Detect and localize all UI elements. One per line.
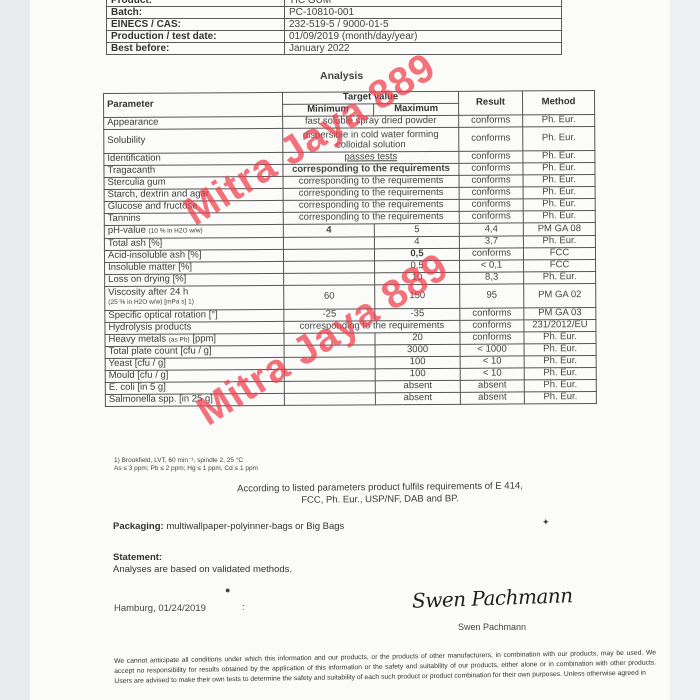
parameter-cell: Tannins [104,212,283,225]
packaging-value: multiwallpaper-polyinner-bags or Big Bag… [166,521,344,532]
parameter-cell: Heavy metals (as Pb) [ppm] [105,333,284,347]
col-header-method: Method [522,90,594,114]
table-row: Solubility dispersible in cold water for… [104,126,595,153]
result-cell: < 1000 [460,344,524,356]
packaging-label: Packaging: [113,521,164,532]
maximum-cell: absent [375,380,460,393]
parameter-cell: Acid-insoluble ash [%] [104,249,283,262]
disclaimer-text: We cannot anticipate all conditions unde… [114,648,656,687]
info-label: EINECS / CAS: [107,19,285,31]
info-label: Best before: [107,43,285,55]
footnote-viscosity: 1) Brookfield, LVT, 60 min⁻¹, spindle 2,… [114,457,258,465]
method-cell: Ph. Eur. [523,162,595,174]
parameter-cell: Sterculia gum [104,176,283,189]
parameter-note: (10 % in H2O w/w) [148,227,202,234]
footnote-heavy-metals: As ≤ 3 ppm; Pb ≤ 2 ppm; Hg ≤ 1 ppm, Cd ≤… [114,465,258,473]
method-cell: PM GA 02 [524,283,596,307]
method-cell: Ph. Eur. [524,391,596,403]
result-cell: 3,7 [459,235,523,247]
result-cell: 4,4 [459,223,523,236]
table-row: Salmonella spp. [in 25 g] absent absent … [105,391,596,406]
conclusion-statement: According to listed parameters product f… [170,480,590,508]
right-margin [670,0,700,700]
parameter-cell: Glucose and fructose [104,200,283,213]
info-row-best-before: Best before: January 2022 [107,43,562,55]
col-header-minimum: Minimum [283,104,374,117]
info-row-einecs-cas: EINECS / CAS: 232-519-5 / 9000-01-5 [107,19,562,31]
parameter-cell: Total ash [%] [104,237,283,250]
result-cell: absent [460,392,524,404]
info-value: January 2022 [285,43,562,55]
maximum-cell: 3000 [375,344,460,357]
method-cell: FCC [523,247,595,259]
parameter-note: (as Pb) [169,336,190,343]
parameter-cell: Specific optical rotation [°] [105,309,284,322]
parameter-cell: Salmonella spp. [in 25 g] [105,393,284,406]
method-cell: FCC [524,259,596,271]
method-cell: Ph. Eur. [523,198,595,210]
minimum-cell [283,248,374,261]
col-header-result: Result [458,91,522,115]
method-cell: 231/2012/EU [524,319,596,331]
result-cell: 95 [460,283,524,307]
signer-name: Swen Pachmann [458,622,526,632]
result-cell: conforms [459,175,523,187]
scan-speck: ✦ [542,517,550,528]
method-cell: Ph. Eur. [523,114,595,126]
method-cell: Ph. Eur. [524,367,596,379]
parameter-cell: pH-value (10 % in H2O w/w) [104,224,283,238]
scan-speck: ● [225,585,230,595]
analysis-title: Analysis [320,70,363,82]
info-value: PC-10810-001 [285,7,562,19]
statement-label: Statement: [113,552,162,563]
result-cell: conforms [460,319,524,331]
maximum-cell: 5 [374,223,459,236]
parameter-unit: [ppm] [192,333,216,344]
place-and-date: Hamburg, 01/24/2019 [114,603,206,614]
maximum-cell: 0,5 [374,248,459,261]
maximum-cell: 100 [375,356,460,369]
method-cell: PM GA 08 [523,222,595,235]
parameter-cell: Yeast [cfu / g] [105,357,284,370]
method-cell: Ph. Eur. [523,126,595,150]
maximum-cell: -35 [375,308,460,321]
statement-text: Analyses are based on validated methods. [113,564,292,575]
minimum-cell [284,260,375,273]
minimum-cell: 4 [283,224,374,237]
result-cell: conforms [460,331,524,344]
signature-handwritten: Swen Pachmann [412,583,573,613]
col-header-maximum: Maximum [374,103,459,116]
maximum-cell: 4 [374,236,459,249]
document-page: Product: TIC GUM Batch: PC-10810-001 EIN… [30,0,670,700]
target-cell: dispersible in cold water forming colloi… [283,127,459,152]
parameter-cell: Solubility [104,128,283,153]
method-cell: Ph. Eur. [524,271,596,283]
result-cell: conforms [459,127,523,151]
maximum-cell: 10 [375,272,460,285]
maximum-cell: 150 [375,284,460,309]
parameter-cell: Mould [cfu / g] [105,369,284,382]
method-cell: Ph. Eur. [524,379,596,391]
minimum-cell: 60 [284,284,375,309]
result-cell: < 0,1 [460,259,524,271]
parameter-cell: Loss on drying [%] [105,273,284,286]
parameter-cell: Identification [104,152,283,165]
minimum-cell [284,369,375,382]
parameter-cell: Total plate count [cfu / g] [105,345,284,358]
col-header-parameter: Parameter [104,92,283,117]
minimum-cell [284,272,375,285]
method-cell: Ph. Eur. [523,186,595,198]
result-cell: conforms [459,187,523,199]
info-value: 232-519-5 / 9000-01-5 [285,19,562,31]
method-cell: Ph. Eur. [524,331,596,344]
maximum-cell: absent [375,392,460,405]
result-cell: conforms [459,199,523,211]
info-row-production-date: Production / test date: 01/09/2019 (mont… [107,31,562,43]
target-cell: fast soluble spray dried powder [283,115,459,128]
parameter-cell: Viscosity after 24 h (25 % in H2O w/w) [… [105,285,284,310]
result-cell: 8,3 [460,271,524,283]
packaging-info: Packaging: multiwallpaper-polyinner-bags… [113,521,344,532]
info-label: Batch: [107,7,285,19]
method-cell: PM GA 03 [524,307,596,319]
parameter-cell: Starch, dextrin and agar [104,188,283,201]
info-row-batch: Batch: PC-10810-001 [107,7,562,19]
result-cell: conforms [460,307,524,319]
maximum-cell: 100 [375,368,460,381]
method-cell: Ph. Eur. [523,210,595,222]
method-cell: Ph. Eur. [524,343,596,355]
target-cell: corresponding to the requirements [284,320,460,333]
result-cell: conforms [459,247,523,259]
result-cell: conforms [459,151,523,163]
product-info-table: Product: TIC GUM Batch: PC-10810-001 EIN… [106,0,562,55]
parameter-name: Heavy metals [108,333,166,344]
method-cell: Ph. Eur. [523,150,595,162]
parameter-cell: Tragacanth [104,164,283,177]
minimum-cell: -25 [284,308,375,321]
maximum-cell: 0,5 [375,260,460,273]
method-cell: Ph. Eur. [523,174,595,186]
footnotes: 1) Brookfield, LVT, 60 min⁻¹, spindle 2,… [114,457,258,473]
parameter-cell: E. coli [in 5 g] [105,381,284,394]
result-cell: < 10 [460,368,524,380]
table-row: Viscosity after 24 h (25 % in H2O w/w) [… [105,283,596,310]
result-cell: conforms [459,211,523,223]
minimum-cell [284,381,375,394]
info-label: Production / test date: [107,31,285,43]
minimum-cell [284,357,375,370]
result-cell: conforms [459,163,523,175]
header-row: Parameter Target value Result Method [104,90,595,105]
info-value: 01/09/2019 (month/day/year) [285,31,562,43]
result-cell: conforms [459,115,523,127]
scan-speck: : [242,602,245,612]
minimum-cell [284,332,375,345]
maximum-cell: 20 [375,332,460,345]
method-cell: Ph. Eur. [524,355,596,367]
method-cell: Ph. Eur. [523,235,595,247]
target-cell: corresponding to the requirements [283,211,459,224]
parameter-cell: Insoluble matter [%] [105,261,284,274]
minimum-cell [283,236,374,249]
parameter-name: pH-value [108,225,146,236]
result-cell: < 10 [460,356,524,368]
result-cell: absent [460,380,524,392]
parameter-cell: Appearance [104,116,283,129]
parameter-note: (25 % in H2O w/w) [mPa s] 1) [108,297,280,309]
analysis-table: Parameter Target value Result Method Min… [103,90,597,407]
minimum-cell [284,345,375,358]
minimum-cell [284,393,375,406]
